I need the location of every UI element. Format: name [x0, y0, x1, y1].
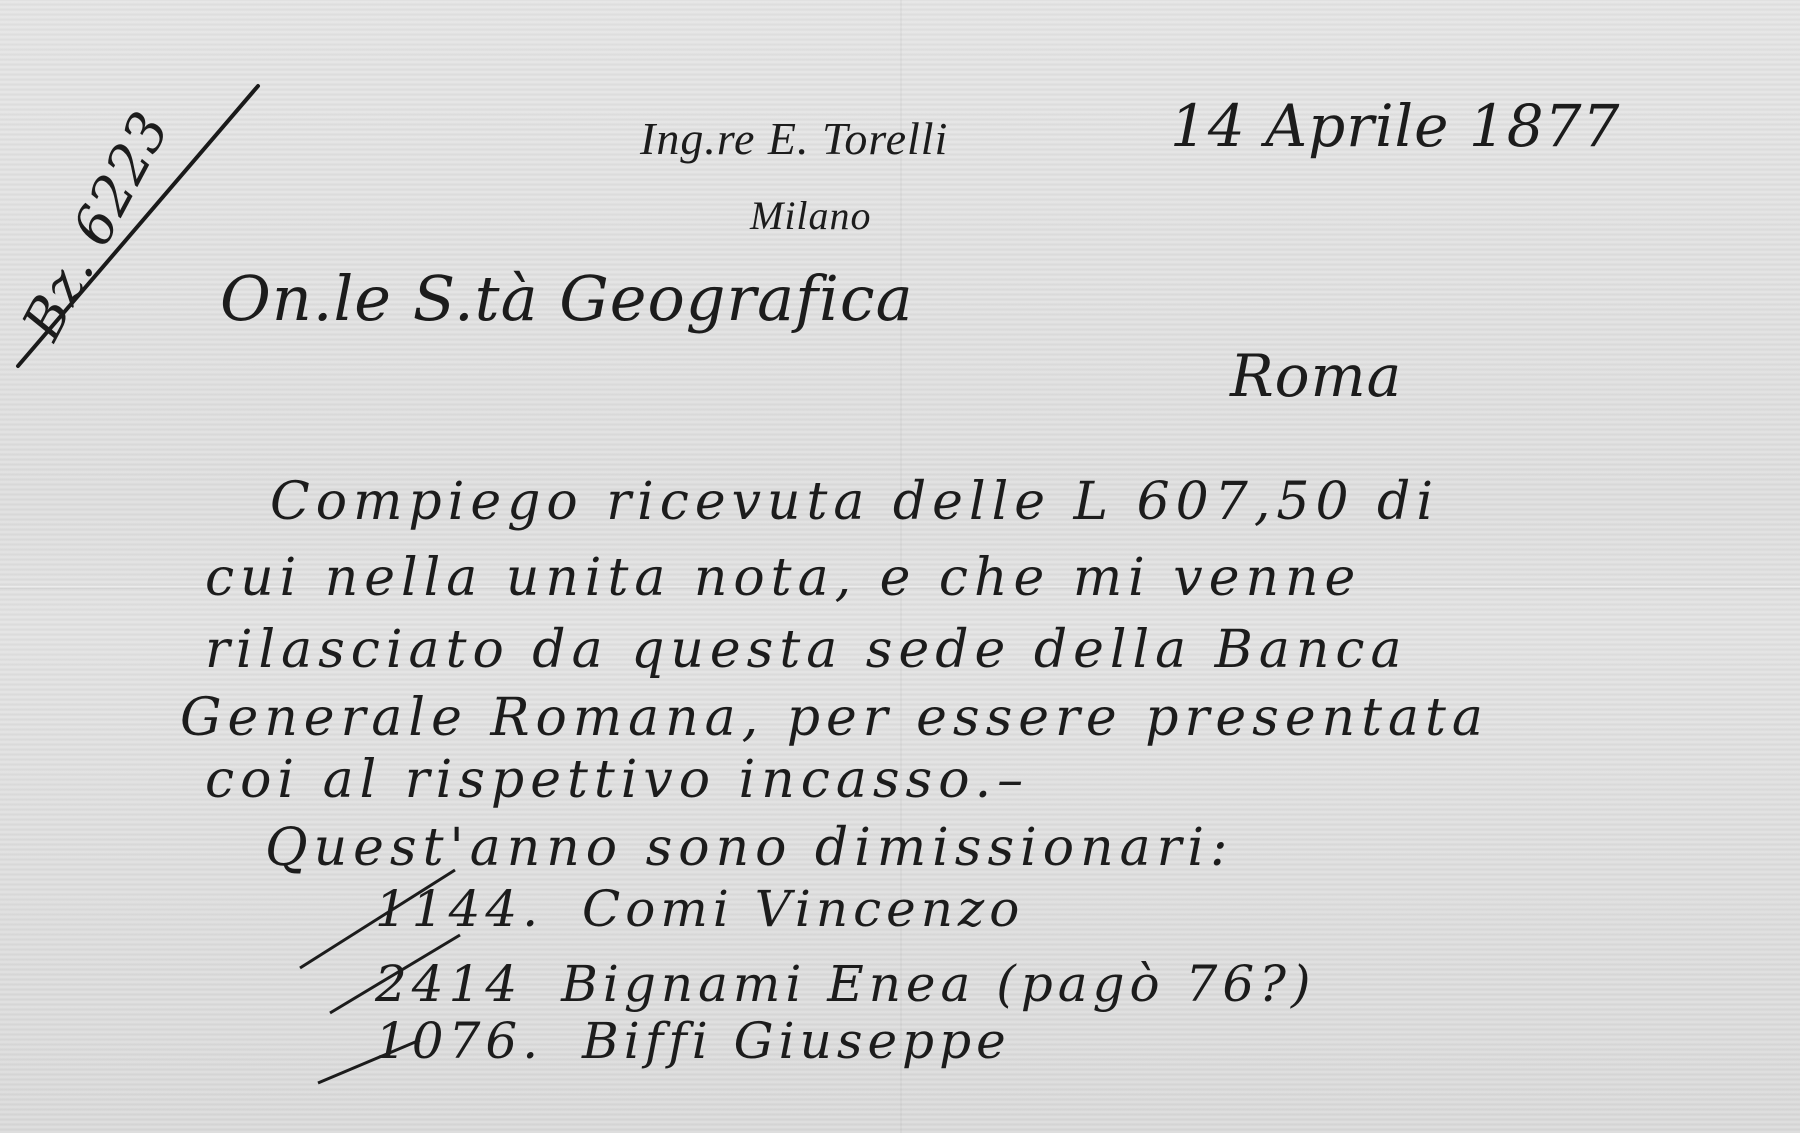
- letterhead-sender: Ing.re E. Torelli: [640, 112, 948, 165]
- list-item-number: 1076.: [375, 1012, 543, 1070]
- body-line: cui nella unita nota, e che mi venne: [205, 548, 1361, 608]
- list-item: 2414 Bignami Enea (pagò 76?): [375, 955, 1315, 1013]
- list-item-name: Biffi Giuseppe: [582, 1012, 1011, 1070]
- body-line: rilasciato da questa sede della Banca: [205, 620, 1408, 680]
- addressee: On.le S.tà Geografica: [220, 262, 914, 335]
- letter-date: 14 Aprile 1877: [1170, 92, 1620, 160]
- list-item-name: Comi Vincenzo: [582, 880, 1024, 938]
- list-item: 1076. Biffi Giuseppe: [375, 1012, 1011, 1070]
- addressee-city: Roma: [1230, 342, 1402, 410]
- letter-paper: Bz. 6223 Ing.re E. Torelli 14 Aprile 187…: [0, 0, 1800, 1133]
- list-item: 1144. Comi Vincenzo: [375, 880, 1024, 938]
- body-line: Quest'anno sono dimissionari:: [265, 818, 1234, 878]
- letterhead-city: Milano: [750, 192, 872, 239]
- list-item-name: Bignami Enea: [561, 955, 975, 1013]
- body-line: coi al rispettivo incasso.–: [205, 750, 1029, 810]
- body-line: Compiego ricevuta delle L 607,50 di: [270, 472, 1439, 532]
- list-item-note: (pagò 76?): [996, 955, 1315, 1013]
- list-item-number: 2414: [375, 955, 522, 1013]
- list-item-number: 1144.: [375, 880, 543, 938]
- body-line: Generale Romana, per essere presentata: [180, 688, 1489, 748]
